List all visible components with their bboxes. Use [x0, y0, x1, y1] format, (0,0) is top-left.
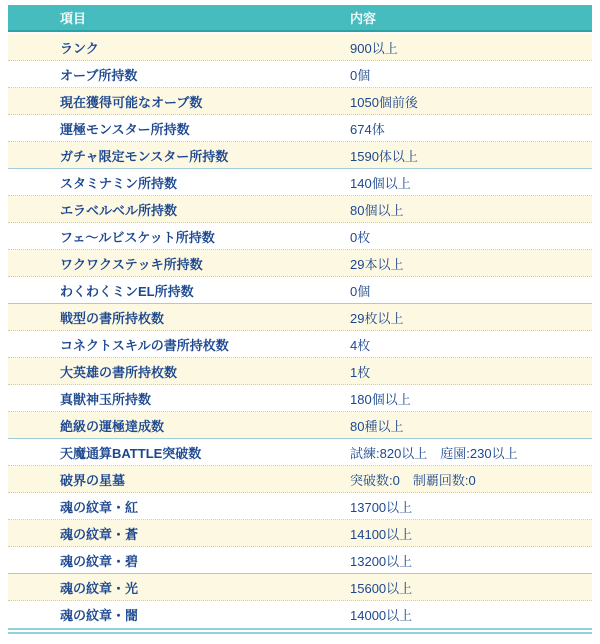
table-row: 魂の紋章・闇 14000以上 [8, 601, 592, 628]
row-item-value: 900以上 [350, 38, 592, 57]
row-item-value: 14100以上 [350, 524, 592, 543]
table-row: 魂の紋章・碧 13200以上 [8, 547, 592, 574]
row-item-label: 魂の紋章・光 [8, 578, 350, 597]
table-row: 天魔通算BATTLE突破数 試練:820以上 庭園:230以上 [8, 439, 592, 466]
row-item-value: 1050個前後 [350, 92, 592, 111]
row-item-value: 13200以上 [350, 551, 592, 570]
row-item-value: 29本以上 [350, 254, 592, 273]
row-item-label: エラベルベル所持数 [8, 200, 350, 219]
row-item-label: スタミナミン所持数 [8, 173, 350, 192]
row-item-label: オーブ所持数 [8, 65, 350, 84]
row-item-label: 運極モンスター所持数 [8, 119, 350, 138]
row-item-value: 試練:820以上 庭園:230以上 [350, 443, 592, 462]
row-item-label: 真獣神玉所持数 [8, 389, 350, 408]
table-row: 絶級の運極達成数 80種以上 [8, 412, 592, 439]
page: 項目 内容 ランク 900以上 オーブ所持数 0個 現在獲得可能なオーブ数 10… [0, 0, 600, 634]
row-item-label: 戦型の書所持枚数 [8, 308, 350, 327]
table-row: 現在獲得可能なオーブ数 1050個前後 [8, 88, 592, 115]
table-row: エラベルベル所持数 80個以上 [8, 196, 592, 223]
table-row: スタミナミン所持数 140個以上 [8, 169, 592, 196]
table-row: 運極モンスター所持数 674体 [8, 115, 592, 142]
table-row: 魂の紋章・蒼 14100以上 [8, 520, 592, 547]
row-item-value: 80個以上 [350, 200, 592, 219]
row-item-value: 674体 [350, 119, 592, 138]
table-row: 破界の星墓 突破数:0 制覇回数:0 [8, 466, 592, 493]
row-item-value: 14000以上 [350, 605, 592, 624]
row-item-value: 13700以上 [350, 497, 592, 516]
row-item-value: 1枚 [350, 362, 592, 381]
row-item-label: 天魔通算BATTLE突破数 [8, 443, 350, 462]
table-row: 真獣神玉所持数 180個以上 [8, 385, 592, 412]
table-row: コネクトスキルの書所持枚数 4枚 [8, 331, 592, 358]
table-row: ガチャ限定モンスター所持数 1590体以上 [8, 142, 592, 169]
table-row: 大英雄の書所持枚数 1枚 [8, 358, 592, 385]
table-row: わくわくミンEL所持数 0個 [8, 277, 592, 304]
table-row: ワクワクステッキ所持数 29本以上 [8, 250, 592, 277]
table-row: 魂の紋章・光 15600以上 [8, 574, 592, 601]
row-item-label: 魂の紋章・紅 [8, 497, 350, 516]
row-item-value: 0個 [350, 281, 592, 300]
row-item-value: 4枚 [350, 335, 592, 354]
row-item-value: 180個以上 [350, 389, 592, 408]
row-item-label: 現在獲得可能なオーブ数 [8, 92, 350, 111]
table-row: オーブ所持数 0個 [8, 61, 592, 88]
row-item-label: 破界の星墓 [8, 470, 350, 489]
row-item-value: 0枚 [350, 227, 592, 246]
row-item-label: わくわくミンEL所持数 [8, 281, 350, 300]
row-item-value: 15600以上 [350, 578, 592, 597]
row-item-label: 絶級の運極達成数 [8, 416, 350, 435]
column-header-item: 項目 [8, 8, 350, 27]
table-header-row: 項目 内容 [8, 5, 592, 32]
row-item-value: 29枚以上 [350, 308, 592, 327]
table-row: ランク 900以上 [8, 34, 592, 61]
table-row: 戦型の書所持枚数 29枚以上 [8, 304, 592, 331]
table-row: フェ〜ルビスケット所持数 0枚 [8, 223, 592, 250]
row-item-label: 大英雄の書所持枚数 [8, 362, 350, 381]
account-status-table: 項目 内容 ランク 900以上 オーブ所持数 0個 現在獲得可能なオーブ数 10… [8, 5, 592, 634]
row-item-label: フェ〜ルビスケット所持数 [8, 227, 350, 246]
row-item-label: コネクトスキルの書所持枚数 [8, 335, 350, 354]
table-row: 魂の紋章・紅 13700以上 [8, 493, 592, 520]
row-item-value: 突破数:0 制覇回数:0 [350, 470, 592, 489]
row-item-label: 魂の紋章・碧 [8, 551, 350, 570]
row-item-label: ランク [8, 38, 350, 57]
row-item-label: ワクワクステッキ所持数 [8, 254, 350, 273]
row-item-value: 140個以上 [350, 173, 592, 192]
row-item-label: ガチャ限定モンスター所持数 [8, 146, 350, 165]
row-item-value: 1590体以上 [350, 146, 592, 165]
row-item-value: 0個 [350, 65, 592, 84]
row-item-label: 魂の紋章・蒼 [8, 524, 350, 543]
row-item-value: 80種以上 [350, 416, 592, 435]
row-item-label: 魂の紋章・闇 [8, 605, 350, 624]
table-bottom-double-rule [8, 628, 592, 634]
column-header-value: 内容 [350, 8, 592, 27]
